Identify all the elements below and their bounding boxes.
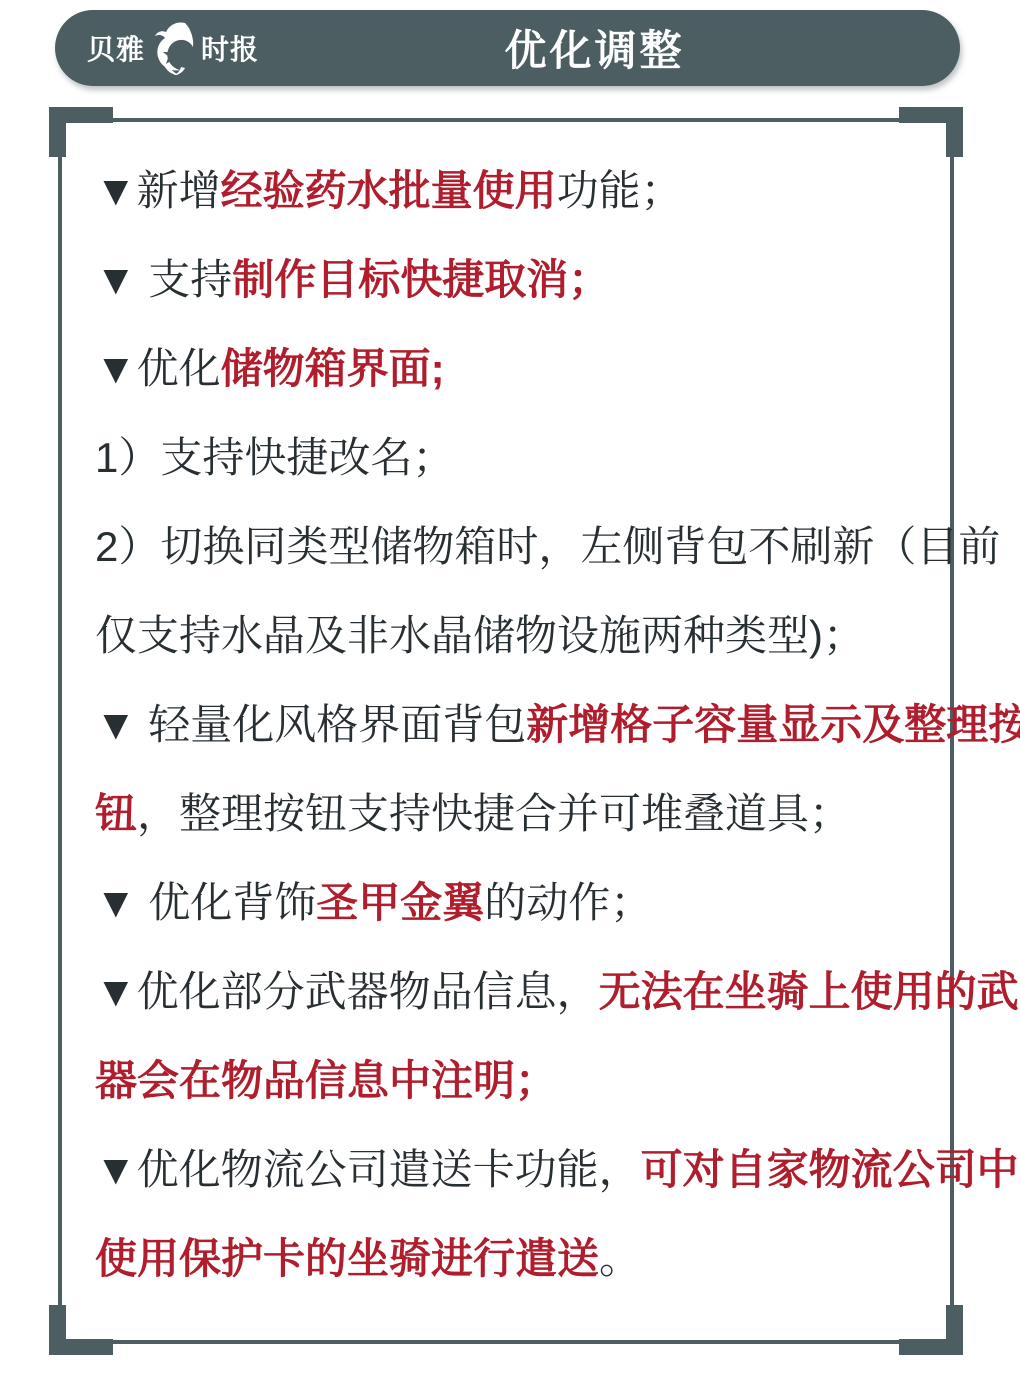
note-segment-dark: 功能； xyxy=(557,167,683,214)
note-segment-red: 制作目标快捷取消； xyxy=(232,256,610,303)
logo-text-prefix: 贝雅 xyxy=(87,28,145,68)
corner-bracket-bottom-right xyxy=(899,1305,963,1355)
note-segment-dark: ▼新增 xyxy=(95,167,221,214)
note-segment-red: 钮 xyxy=(95,790,137,837)
corner-bracket-bottom-left xyxy=(49,1305,113,1355)
header-bar: 贝雅 时报 优化调整 xyxy=(55,10,960,86)
corner-bracket-top-left xyxy=(49,107,113,157)
note-segment-red: 使用保护卡的坐骑进行遣送 xyxy=(95,1235,599,1282)
patch-note-line: ▼新增经验药水批量使用功能； xyxy=(95,146,930,235)
patch-note-line: 1）支持快捷改名； xyxy=(95,413,930,502)
note-segment-red: 无法在坐骑上使用的武 xyxy=(599,968,1019,1015)
note-segment-dark: ，整理按钮支持快捷合并可堆叠道具； xyxy=(137,790,851,837)
logo-text-suffix: 时报 xyxy=(201,28,259,68)
note-segment-red: 圣甲金翼 xyxy=(316,879,484,926)
note-segment-dark: ▼ 轻量化风格界面背包 xyxy=(95,701,526,748)
page-title: 优化调整 xyxy=(259,18,960,78)
note-segment-dark: ▼优化 xyxy=(95,345,221,392)
note-segment-dark: ▼优化部分武器物品信息， xyxy=(95,968,599,1015)
note-segment-dark: 的动作； xyxy=(484,879,652,926)
patch-note-line: ▼优化物流公司遣送卡功能，可对自家物流公司中 xyxy=(95,1125,930,1214)
note-segment-red: 储物箱界面; xyxy=(221,345,445,392)
note-segment-dark: 仅支持水晶及非水晶储物设施两种类型)； xyxy=(95,612,865,659)
patch-note-line: 2）切换同类型储物箱时，左侧背包不刷新（目前 xyxy=(95,502,930,591)
patch-note-line: 器会在物品信息中注明； xyxy=(95,1036,930,1125)
magic-moon-star-icon xyxy=(145,19,201,77)
patch-note-line: ▼优化储物箱界面; xyxy=(95,324,930,413)
patch-notes: ▼新增经验药水批量使用功能；▼ 支持制作目标快捷取消；▼优化储物箱界面;1）支持… xyxy=(62,122,950,1303)
patch-note-line: ▼ 轻量化风格界面背包新增格子容量显示及整理按 xyxy=(95,680,930,769)
note-segment-red: 可对自家物流公司中 xyxy=(641,1146,1019,1193)
note-segment-dark: ▼ 优化背饰 xyxy=(95,879,316,926)
patch-note-line: ▼优化部分武器物品信息，无法在坐骑上使用的武 xyxy=(95,947,930,1036)
patch-note-line: 使用保护卡的坐骑进行遣送。 xyxy=(95,1214,930,1303)
note-segment-dark: ▼优化物流公司遣送卡功能， xyxy=(95,1146,641,1193)
patch-note-line: 仅支持水晶及非水晶储物设施两种类型)； xyxy=(95,591,930,680)
note-segment-dark: 。 xyxy=(599,1235,641,1282)
note-segment-dark: ▼ 支持 xyxy=(95,256,232,303)
logo: 贝雅 时报 xyxy=(55,19,259,77)
note-segment-dark: 2）切换同类型储物箱时，左侧背包不刷新（目前 xyxy=(95,523,1000,570)
note-segment-red: 新增格子容量显示及整理按 xyxy=(526,701,1020,748)
corner-bracket-top-right xyxy=(899,107,963,157)
patch-note-line: ▼ 优化背饰圣甲金翼的动作； xyxy=(95,858,930,947)
patch-note-line: ▼ 支持制作目标快捷取消； xyxy=(95,235,930,324)
note-segment-dark: 1）支持快捷改名； xyxy=(95,434,454,481)
content-frame: ▼新增经验药水批量使用功能；▼ 支持制作目标快捷取消；▼优化储物箱界面;1）支持… xyxy=(58,118,954,1344)
note-segment-red: 器会在物品信息中注明； xyxy=(95,1057,557,1104)
note-segment-red: 经验药水批量使用 xyxy=(221,167,557,214)
patch-note-line: 钮，整理按钮支持快捷合并可堆叠道具； xyxy=(95,769,930,858)
